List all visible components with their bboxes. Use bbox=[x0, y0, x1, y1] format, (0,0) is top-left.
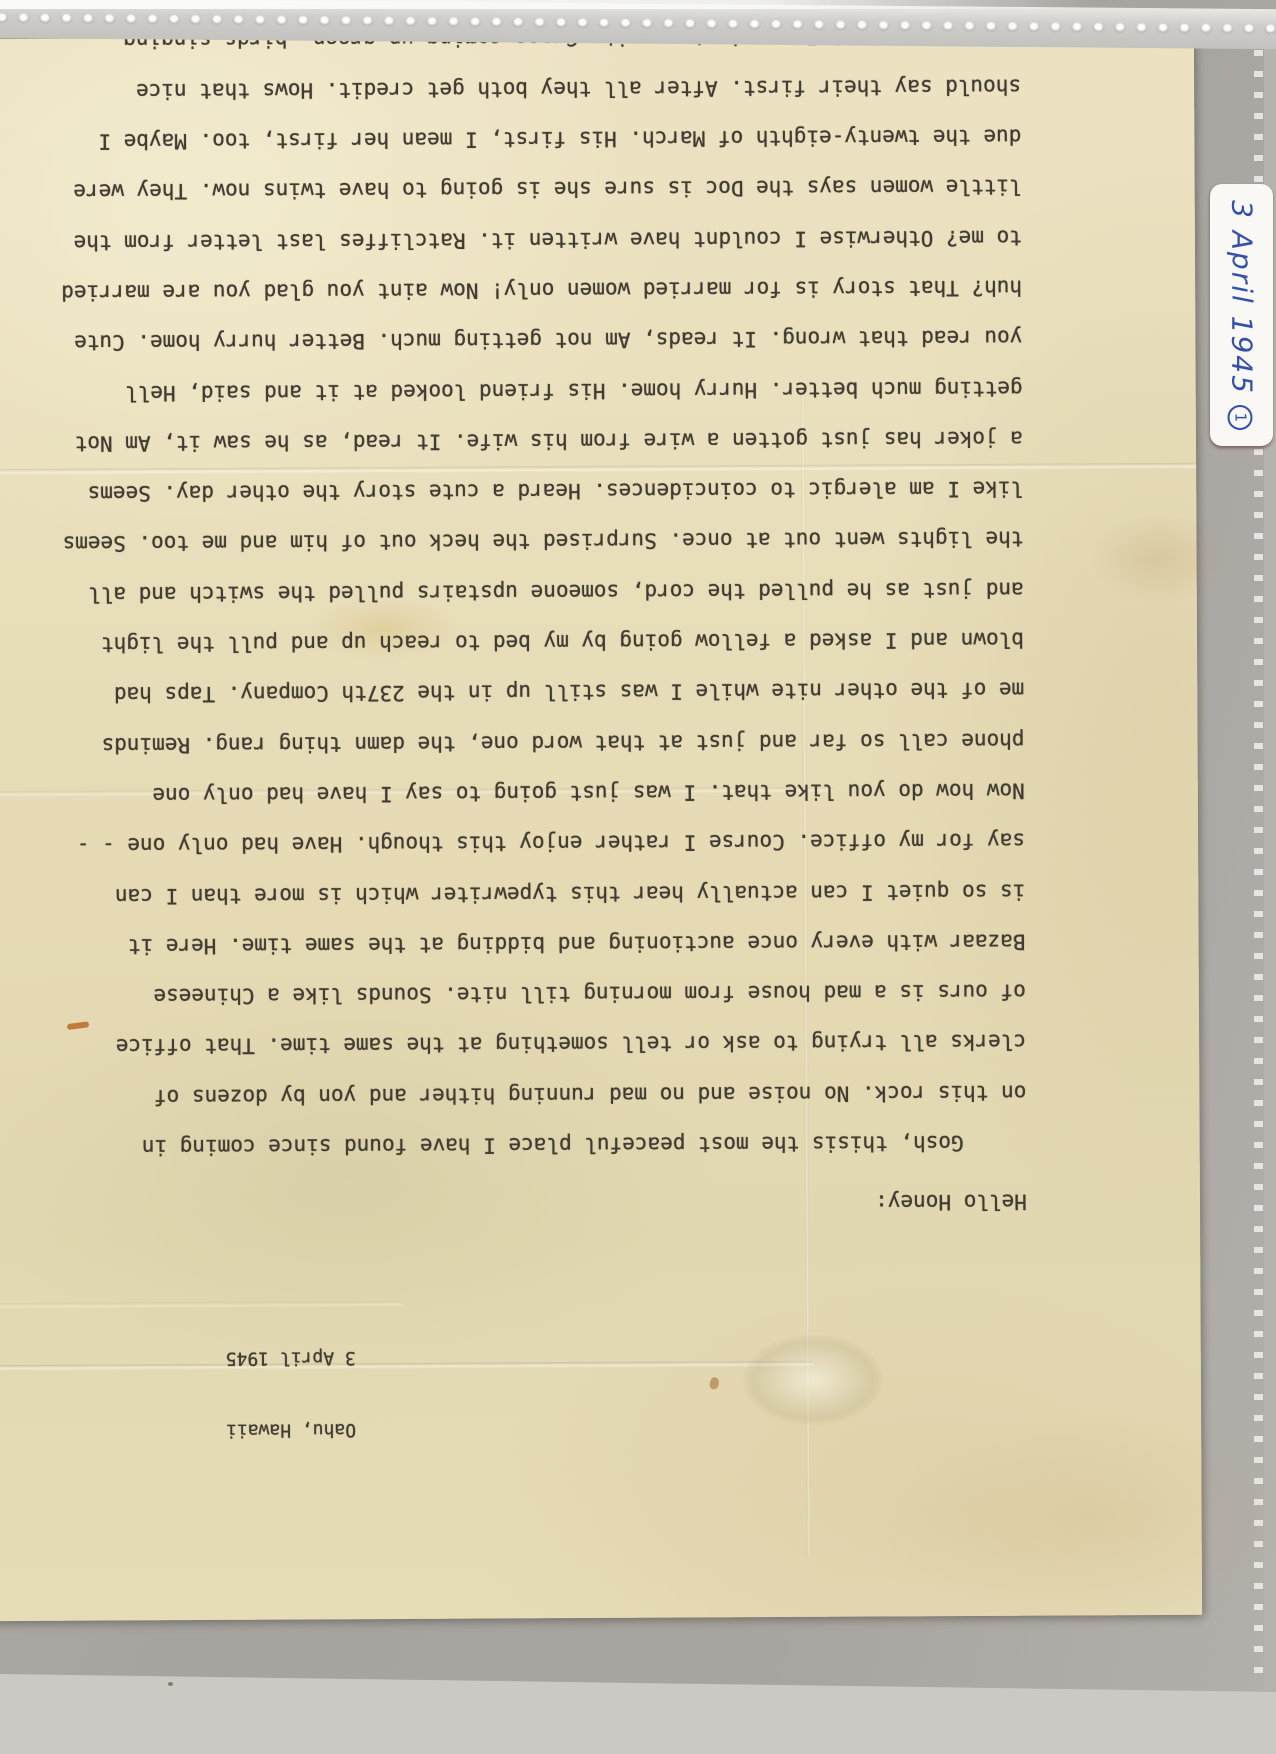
letter-line: is so quiet I can actually hear this typ… bbox=[50, 866, 1025, 921]
letter-line: of ours is a mad house from morning till… bbox=[51, 967, 1026, 1022]
letter-line: a joker has just gotten a wire from his … bbox=[48, 413, 1023, 468]
letter-line: say for my office. Course I rather enjoy… bbox=[50, 816, 1025, 871]
page-number-circle: 1 bbox=[1228, 405, 1253, 430]
letter-text-rotated-180: Oahu, Hawaii 3 April 1945 Hello Honey: G… bbox=[0, 33, 1202, 1621]
letter-line: the lights went out at once. Surprised t… bbox=[48, 514, 1023, 569]
letter-line: should say their first. After all they b… bbox=[46, 61, 1021, 116]
letter-page: Oahu, Hawaii 3 April 1945 Hello Honey: G… bbox=[0, 33, 1202, 1621]
letter-line: you read that wrong. It reads, Am not ge… bbox=[47, 313, 1022, 368]
letter-line: me of the other nite while I was still u… bbox=[49, 665, 1024, 720]
letter-heading: Oahu, Hawaii 3 April 1945 bbox=[52, 1297, 356, 1491]
letter-heading-place: Oahu, Hawaii bbox=[53, 1417, 356, 1443]
scan-edge-highlight bbox=[0, 0, 1090, 9]
letter-line: blown and I asked a fellow going by my b… bbox=[49, 614, 1024, 669]
letter-line: phone call so far and just at that word … bbox=[49, 715, 1024, 770]
archival-date-label: 3 April 19451 bbox=[1210, 184, 1273, 446]
letter-line: Gosh, thisis the most peaceful place I h… bbox=[52, 1117, 1027, 1172]
letter-salutation: Hello Honey: bbox=[52, 1190, 1027, 1219]
letter-line: due the twenty-eighth of March. His firs… bbox=[46, 111, 1021, 166]
letter-line: Now how do you like that. I was just goi… bbox=[50, 765, 1025, 820]
letter-line: clerks all trying to ask or tell somethi… bbox=[51, 1017, 1026, 1072]
letter-line: like I am alergic to coincidences. Heard… bbox=[48, 464, 1023, 519]
letter-body: Gosh, thisis the most peaceful place I h… bbox=[45, 0, 1027, 1173]
label-handwriting: 3 April 19451 bbox=[1225, 185, 1258, 445]
letter-line: getting much better. Hurry home. His fri… bbox=[48, 363, 1023, 418]
letter-heading-date: 3 April 1945 bbox=[53, 1345, 356, 1371]
binding-weld-dots bbox=[0, 4, 1276, 41]
dust-speck bbox=[168, 1682, 173, 1686]
letter-line: little women says the Doc is sure she is… bbox=[47, 162, 1022, 217]
letter-line: huh? That story is for married women onl… bbox=[47, 262, 1022, 317]
letter-line: Bazaar with every once auctioning and bi… bbox=[50, 916, 1025, 971]
label-date: 3 April 1945 bbox=[1225, 200, 1258, 395]
letter-line: and just as he pulled the cord, someone … bbox=[49, 564, 1024, 619]
letter-line: to me? Otherwise I couldnt have written … bbox=[47, 212, 1022, 267]
letter-line: on this rock. No noise and no mad runnin… bbox=[51, 1067, 1026, 1122]
